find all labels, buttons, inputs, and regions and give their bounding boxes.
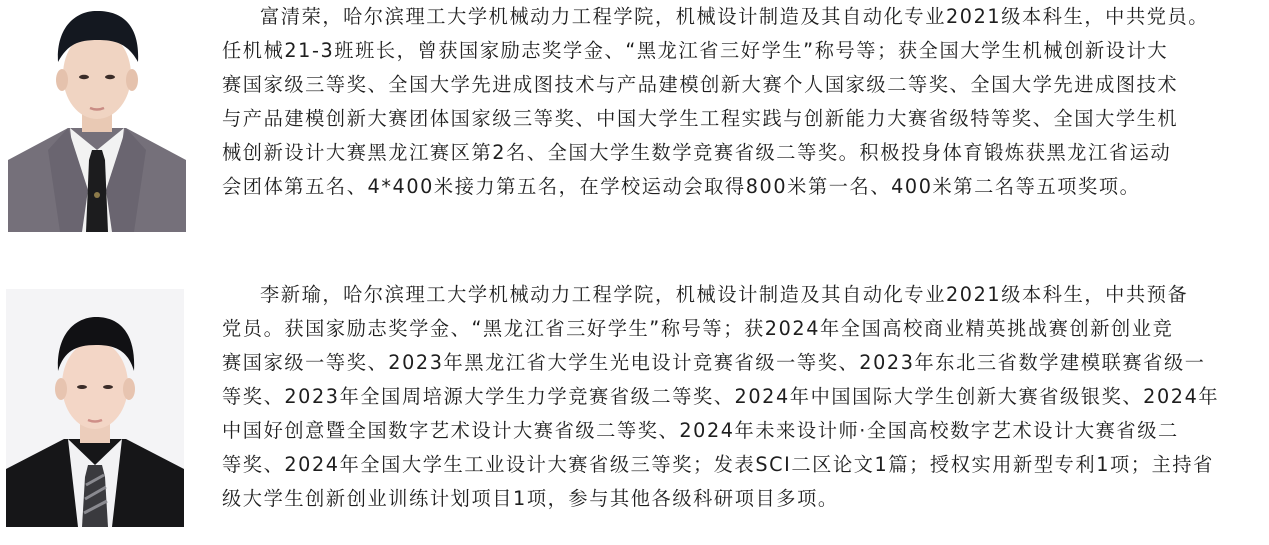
bio-line: 任机械21-3班班长，曾获国家励志奖学金、“黑龙江省三好学生”称号等；获全国大学… [222, 34, 1262, 68]
bio-line: 党员。获国家励志奖学金、“黑龙江省三好学生”称号等；获2024年全国高校商业精英… [222, 312, 1262, 346]
bio-text-2: 李新瑜，哈尔滨理工大学机械动力工程学院，机械设计制造及其自动化专业2021级本科… [222, 278, 1262, 516]
bio-line: 与产品建模创新大赛团体国家级三等奖、中国大学生工程实践与创新能力大赛省级特等奖、… [222, 102, 1262, 136]
profile-card-1: 富清荣，哈尔滨理工大学机械动力工程学院，机械设计制造及其自动化专业2021级本科… [0, 0, 1269, 260]
person-portrait-icon [8, 0, 186, 232]
bio-line: 李新瑜，哈尔滨理工大学机械动力工程学院，机械设计制造及其自动化专业2021级本科… [222, 278, 1262, 312]
bio-line: 中国好创意暨全国数字艺术设计大赛省级二等奖、2024年未来设计师·全国高校数字艺… [222, 414, 1262, 448]
person-portrait-icon [6, 289, 184, 527]
bio-text-1: 富清荣，哈尔滨理工大学机械动力工程学院，机械设计制造及其自动化专业2021级本科… [222, 0, 1262, 204]
profile-card-2: 李新瑜，哈尔滨理工大学机械动力工程学院，机械设计制造及其自动化专业2021级本科… [0, 278, 1269, 545]
bio-line: 级大学生创新创业训练计划项目1项，参与其他各级科研项目多项。 [222, 482, 1262, 516]
bio-line: 会团体第五名、4*400米接力第五名，在学校运动会取得800米第一名、400米第… [222, 170, 1262, 204]
bio-line: 赛国家级一等奖、2023年黑龙江省大学生光电设计竞赛省级一等奖、2023年东北三… [222, 346, 1262, 380]
bio-line: 械创新设计大赛黑龙江赛区第2名、全国大学生数学竞赛省级二等奖。积极投身体育锻炼获… [222, 136, 1262, 170]
portrait-photo-1 [8, 0, 186, 232]
bio-line: 等奖、2023年全国周培源大学生力学竞赛省级二等奖、2024年中国国际大学生创新… [222, 380, 1262, 414]
bio-line: 赛国家级三等奖、全国大学先进成图技术与产品建模创新大赛个人国家级二等奖、全国大学… [222, 68, 1262, 102]
bio-line: 富清荣，哈尔滨理工大学机械动力工程学院，机械设计制造及其自动化专业2021级本科… [222, 0, 1262, 34]
bio-line: 等奖、2024年全国大学生工业设计大赛省级三等奖；发表SCI二区论文1篇；授权实… [222, 448, 1262, 482]
portrait-photo-2 [6, 289, 184, 527]
